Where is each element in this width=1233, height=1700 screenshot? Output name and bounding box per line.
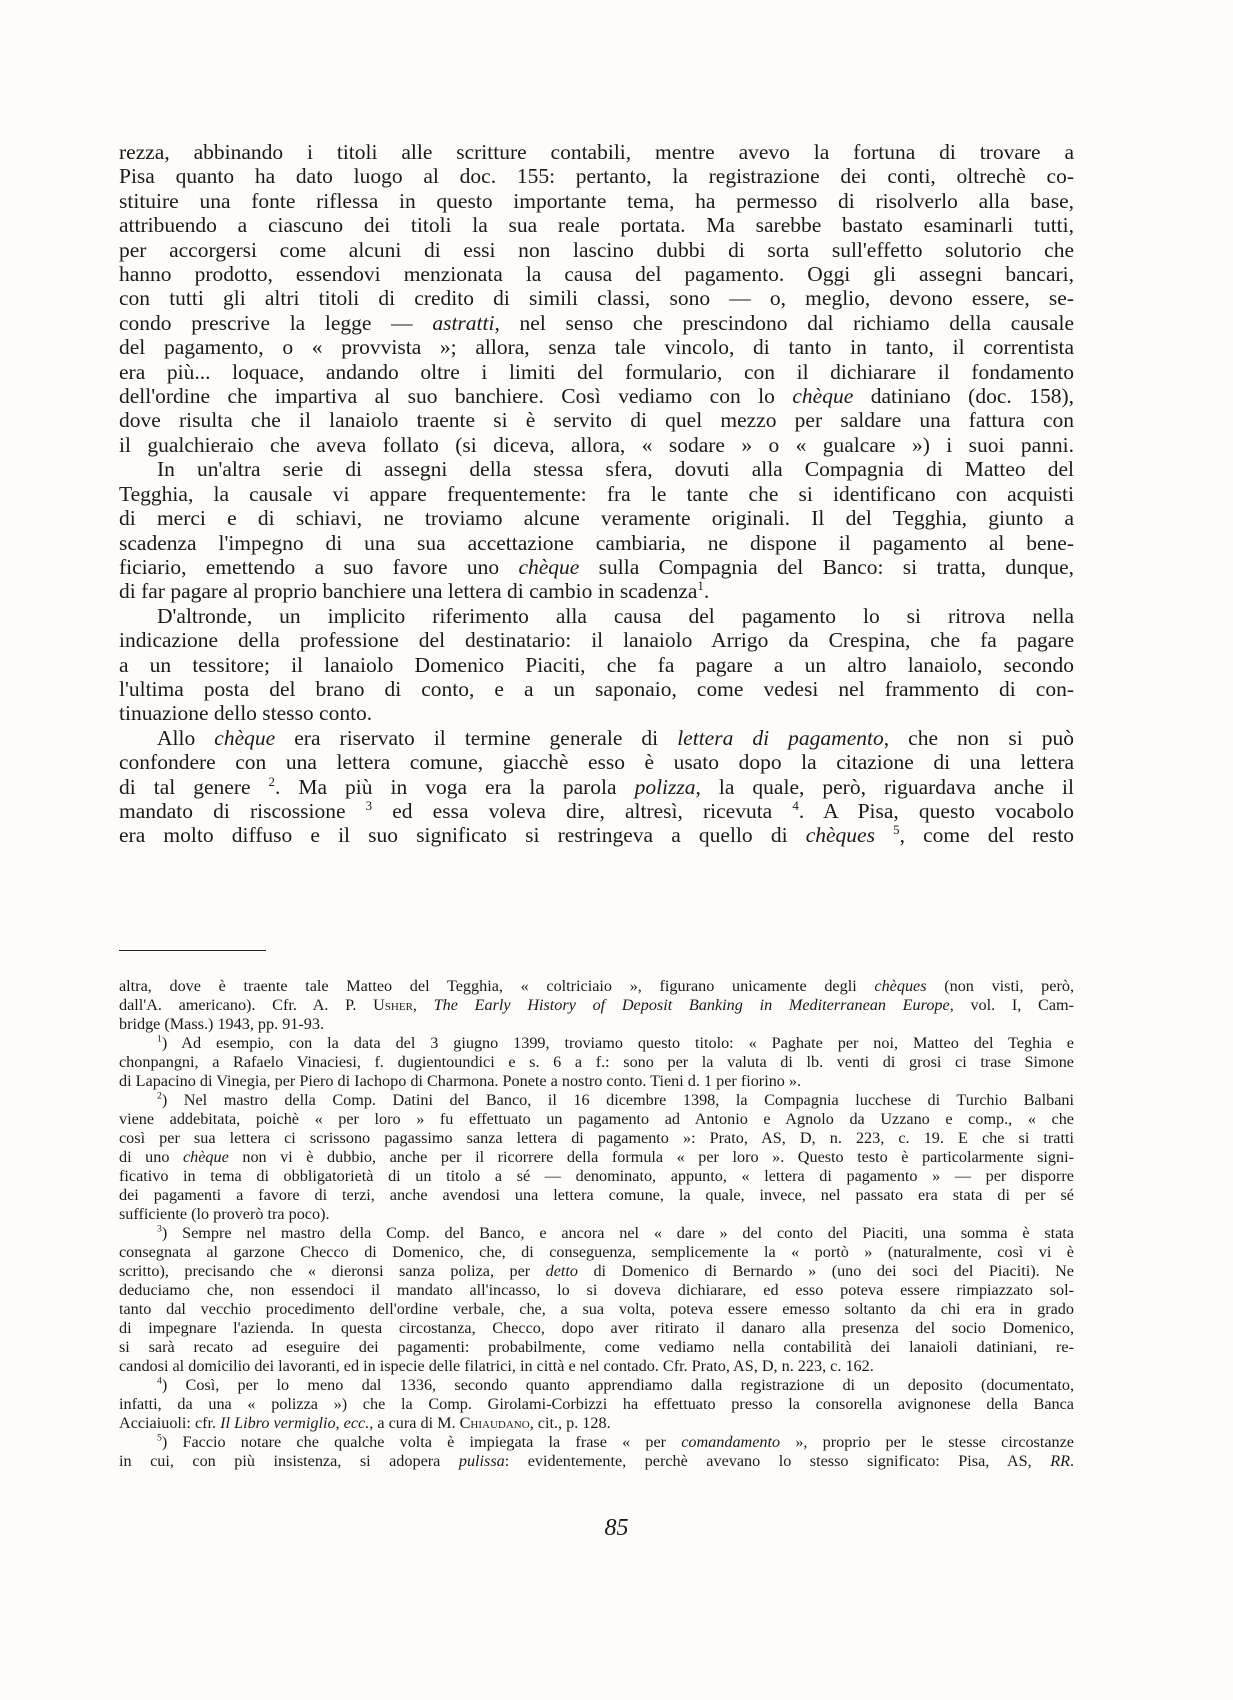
footnotes-line: di Lapacino di Vinegia, per Piero di Iac… xyxy=(119,1072,1074,1091)
text-run: . xyxy=(704,579,709,603)
text-run: . Ma più in voga era la parola xyxy=(275,775,635,799)
text-run: D'altronde, un implicito riferimento all… xyxy=(157,604,1074,628)
body-line: di merci e di schiavi, ne troviamo alcun… xyxy=(119,506,1074,530)
footnotes-line: ficativo in tema di obbligatorietà di un… xyxy=(119,1167,1074,1186)
body-line: con tutti gli altri titoli di credito di… xyxy=(119,286,1074,310)
footnotes-line: infatti, da una « polizza ») che la Comp… xyxy=(119,1395,1074,1414)
text-run: sufficiente (lo proverò tra poco). xyxy=(119,1205,330,1223)
body-line: dove risulta che il lanaiolo traente si … xyxy=(119,408,1074,432)
text-run: ) Così, per lo meno dal 1336, secondo qu… xyxy=(162,1376,1074,1394)
text-run: di uno xyxy=(119,1148,183,1166)
text-run: Allo xyxy=(157,726,214,750)
italic-text: detto xyxy=(546,1262,578,1280)
footnotes-line: 2) Nel mastro della Comp. Datini del Ban… xyxy=(119,1091,1074,1110)
text-run: ) Faccio notare che qualche volta è impi… xyxy=(162,1433,681,1451)
text-run: tinuazione dello stesso conto. xyxy=(119,701,372,725)
text-run: , come del resto xyxy=(900,823,1074,847)
italic-text: chèque xyxy=(183,1148,229,1166)
body-line: mandato di riscossione 3 ed essa voleva … xyxy=(119,799,1074,823)
text-run: ) Sempre nel mastro della Comp. del Banc… xyxy=(162,1224,1074,1242)
text-run: di Lapacino di Vinegia, per Piero di Iac… xyxy=(119,1072,801,1090)
footnotes-line: Acciaiuoli: cfr. Il Libro vermiglio, ecc… xyxy=(119,1414,1074,1433)
body-line: stituire una fonte riflessa in questo im… xyxy=(119,189,1074,213)
author-name: Usher xyxy=(373,996,413,1014)
text-run: dei pagamenti a favore di terzi, anche a… xyxy=(119,1186,1074,1204)
body-line: dell'ordine che impartiva al suo banchie… xyxy=(119,384,1074,408)
text-run: stituire una fonte riflessa in questo im… xyxy=(119,189,1074,213)
body-line: per accorgersi come alcuni di essi non l… xyxy=(119,238,1074,262)
text-run: di merci e di schiavi, ne troviamo alcun… xyxy=(119,506,1074,530)
text-run: dove risulta che il lanaiolo traente si … xyxy=(119,408,1074,432)
body-line: Tegghia, la causale vi appare frequentem… xyxy=(119,482,1074,506)
text-run: ficativo in tema di obbligatorietà di un… xyxy=(119,1167,1074,1185)
text-run: , che non si può xyxy=(884,726,1074,750)
body-line: tinuazione dello stesso conto. xyxy=(119,701,1074,725)
text-run: . xyxy=(1070,1452,1074,1470)
text-run: scadenza l'impegno di una sua accettazio… xyxy=(119,531,1074,555)
text-run: deduciamo che, non essendoci il mandato … xyxy=(119,1281,1074,1299)
text-run: rezza, abbinando i titoli alle scritture… xyxy=(119,140,1074,164)
body-text: rezza, abbinando i titoli alle scritture… xyxy=(119,140,1074,848)
footnotes-line: deduciamo che, non essendoci il mandato … xyxy=(119,1281,1074,1300)
text-run: dall'A. americano). Cfr. A. P. xyxy=(119,996,373,1014)
italic-text: chèques xyxy=(806,823,875,847)
text-run: , nel senso che prescindono dal richiamo… xyxy=(494,311,1074,335)
text-run: di tal genere xyxy=(119,775,269,799)
italic-text: Il Libro vermiglio, ecc. xyxy=(220,1414,369,1432)
footnotes-line: 3) Sempre nel mastro della Comp. del Ban… xyxy=(119,1224,1074,1243)
body-line: scadenza l'impegno di una sua accettazio… xyxy=(119,531,1074,555)
text-run: viene addebitata, poichè « per loro » fu… xyxy=(119,1110,1074,1128)
text-run: , a cura di M. xyxy=(369,1414,459,1432)
text-run: Tegghia, la causale vi appare frequentem… xyxy=(119,482,1074,506)
body-line: rezza, abbinando i titoli alle scritture… xyxy=(119,140,1074,164)
footnotes-line: 5) Faccio notare che qualche volta è imp… xyxy=(119,1433,1074,1452)
text-run: condo prescrive la legge — xyxy=(119,311,432,335)
text-run: , xyxy=(413,996,434,1014)
footnotes-line: viene addebitata, poichè « per loro » fu… xyxy=(119,1110,1074,1129)
page-number: 85 xyxy=(0,1515,1233,1542)
text-run: scritto), precisando che « dieronsi sanz… xyxy=(119,1262,546,1280)
footnotes-line: candosi al domicilio dei lavoranti, ed i… xyxy=(119,1357,1074,1376)
footnotes-line: dall'A. americano). Cfr. A. P. Usher, Th… xyxy=(119,996,1074,1015)
text-run: infatti, da una « polizza ») che la Comp… xyxy=(119,1395,1074,1413)
italic-text: comandamento xyxy=(681,1433,780,1451)
footnotes-line: altra, dove è traente tale Matteo del Te… xyxy=(119,977,1074,996)
text-run: così per sua lettera ci scrissono pagass… xyxy=(119,1129,1074,1147)
author-name: Chiaudano xyxy=(460,1414,530,1432)
italic-text: chèque xyxy=(792,384,853,408)
italic-text: chèques xyxy=(874,977,926,995)
footnotes-line: consegnata al garzone Checco di Domenico… xyxy=(119,1243,1074,1262)
text-run: hanno prodotto, essendovi menzionata la … xyxy=(119,262,1074,286)
body-line: hanno prodotto, essendovi menzionata la … xyxy=(119,262,1074,286)
footnote-separator-rule xyxy=(119,950,266,951)
footnotes-line: 4) Così, per lo meno dal 1336, secondo q… xyxy=(119,1376,1074,1395)
body-line: confondere con una lettera comune, giacc… xyxy=(119,750,1074,774)
text-run: chonpangni, a Rafaelo Vinaciesi, f. dugi… xyxy=(119,1053,1074,1071)
italic-text: chèque xyxy=(214,726,275,750)
text-run: altra, dove è traente tale Matteo del Te… xyxy=(119,977,874,995)
italic-text: polizza xyxy=(635,775,696,799)
footnotes-line: bridge (Mass.) 1943, pp. 91-93. xyxy=(119,1015,1074,1034)
body-line: di far pagare al proprio banchiere una l… xyxy=(119,579,1074,603)
footnotes-line: chonpangni, a Rafaelo Vinaciesi, f. dugi… xyxy=(119,1053,1074,1072)
text-run: attribuendo a ciascuno dei titoli la sua… xyxy=(119,213,1074,237)
text-run: (non visti, però, xyxy=(927,977,1074,995)
text-run: sulla Compagnia del Banco: si tratta, du… xyxy=(579,555,1074,579)
text-run: in cui, con più insistenza, si adopera xyxy=(119,1452,459,1470)
text-run: : evidentemente, perchè avevano lo stess… xyxy=(505,1452,1050,1470)
text-run: tanto dal vecchio procedimento dell'ordi… xyxy=(119,1300,1074,1318)
text-run: era molto diffuso e il suo significato s… xyxy=(119,823,806,847)
body-line: Pisa quanto ha dato luogo al doc. 155: p… xyxy=(119,164,1074,188)
body-line: ficiario, emettendo a suo favore uno chè… xyxy=(119,555,1074,579)
text-run: indicazione della professione del destin… xyxy=(119,628,1074,652)
body-line: attribuendo a ciascuno dei titoli la sua… xyxy=(119,213,1074,237)
text-run: era riservato il termine generale di xyxy=(275,726,677,750)
text-run: , cit., p. 128. xyxy=(530,1414,611,1432)
text-run: ) Nel mastro della Comp. Datini del Banc… xyxy=(162,1091,1074,1109)
footnotes-line: 1) Ad esempio, con la data del 3 giugno … xyxy=(119,1034,1074,1053)
text-run: non vi è dubbio, anche per il ricorrere … xyxy=(229,1148,1074,1166)
footnotes-line: tanto dal vecchio procedimento dell'ordi… xyxy=(119,1300,1074,1319)
footnotes-line: sufficiente (lo proverò tra poco). xyxy=(119,1205,1074,1224)
text-run: ) Ad esempio, con la data del 3 giugno 1… xyxy=(162,1034,1074,1052)
text-run xyxy=(875,823,893,847)
text-run: consegnata al garzone Checco di Domenico… xyxy=(119,1243,1074,1261)
body-line: D'altronde, un implicito riferimento all… xyxy=(119,604,1074,628)
italic-text: pulissa xyxy=(459,1452,505,1470)
body-line: In un'altra serie di assegni della stess… xyxy=(119,457,1074,481)
text-run: di Domenico di Bernardo » (uno dei soci … xyxy=(578,1262,1074,1280)
italic-text: RR xyxy=(1050,1452,1070,1470)
italic-text: astratti xyxy=(432,311,494,335)
text-run: , la quale, però, riguardava anche il xyxy=(696,775,1074,799)
text-run: ficiario, emettendo a suo favore uno xyxy=(119,555,518,579)
body-line: del pagamento, o « provvista »; allora, … xyxy=(119,335,1074,359)
text-run: Acciaiuoli: cfr. xyxy=(119,1414,220,1432)
text-run: di far pagare al proprio banchiere una l… xyxy=(119,579,697,603)
body-line: era più... loquace, andando oltre i limi… xyxy=(119,360,1074,384)
body-line: di tal genere 2. Ma più in voga era la p… xyxy=(119,775,1074,799)
body-line: l'ultima posta del brano di conto, e a u… xyxy=(119,677,1074,701)
text-run: si sarà recato ad eseguire dei pagamenti… xyxy=(119,1338,1074,1356)
text-run: In un'altra serie di assegni della stess… xyxy=(157,457,1074,481)
italic-text: chèque xyxy=(518,555,579,579)
footnotes-line: di uno chèque non vi è dubbio, anche per… xyxy=(119,1148,1074,1167)
text-run: datiniano (doc. 158), xyxy=(853,384,1074,408)
text-run: confondere con una lettera comune, giacc… xyxy=(119,750,1074,774)
footnotes-line: si sarà recato ad eseguire dei pagamenti… xyxy=(119,1338,1074,1357)
text-run: Pisa quanto ha dato luogo al doc. 155: p… xyxy=(119,164,1074,188)
body-line: era molto diffuso e il suo significato s… xyxy=(119,823,1074,847)
main-text-column: rezza, abbinando i titoli alle scritture… xyxy=(119,140,1074,848)
text-run: era più... loquace, andando oltre i limi… xyxy=(119,360,1074,384)
footnotes-line: dei pagamenti a favore di terzi, anche a… xyxy=(119,1186,1074,1205)
body-line: a un tessitore; il lanaiolo Domenico Pia… xyxy=(119,653,1074,677)
text-run: bridge (Mass.) 1943, pp. 91-93. xyxy=(119,1015,324,1033)
body-line: indicazione della professione del destin… xyxy=(119,628,1074,652)
text-run: del pagamento, o « provvista »; allora, … xyxy=(119,335,1074,359)
text-run: a un tessitore; il lanaiolo Domenico Pia… xyxy=(119,653,1074,677)
body-line: Allo chèque era riservato il termine gen… xyxy=(119,726,1074,750)
body-line: il gualchieraio che aveva follato (si di… xyxy=(119,433,1074,457)
text-run: di impegnare l'azienda. In questa circos… xyxy=(119,1319,1074,1337)
italic-text: The Early History of Deposit Banking in … xyxy=(434,996,950,1014)
footnotes-line: scritto), precisando che « dieronsi sanz… xyxy=(119,1262,1074,1281)
text-run: », proprio per le stesse circostanze xyxy=(780,1433,1074,1451)
text-run: , vol. I, Cam- xyxy=(950,996,1074,1014)
footnotes-line: in cui, con più insistenza, si adopera p… xyxy=(119,1452,1074,1471)
text-run: il gualchieraio che aveva follato (si di… xyxy=(119,433,1074,457)
italic-text: lettera di pagamento xyxy=(677,726,884,750)
text-run: dell'ordine che impartiva al suo banchie… xyxy=(119,384,792,408)
text-run: candosi al domicilio dei lavoranti, ed i… xyxy=(119,1357,874,1375)
footnotes-section: altra, dove è traente tale Matteo del Te… xyxy=(119,977,1074,1471)
text-run: l'ultima posta del brano di conto, e a u… xyxy=(119,677,1074,701)
text-run: per accorgersi come alcuni di essi non l… xyxy=(119,238,1074,262)
text-run: ed essa voleva dire, altresì, ricevuta xyxy=(372,799,792,823)
text-run: . A Pisa, questo vocabolo xyxy=(799,799,1074,823)
text-run: con tutti gli altri titoli di credito di… xyxy=(119,286,1074,310)
text-run: mandato di riscossione xyxy=(119,799,366,823)
footnotes-line: così per sua lettera ci scrissono pagass… xyxy=(119,1129,1074,1148)
footnotes-line: di impegnare l'azienda. In questa circos… xyxy=(119,1319,1074,1338)
body-line: condo prescrive la legge — astratti, nel… xyxy=(119,311,1074,335)
